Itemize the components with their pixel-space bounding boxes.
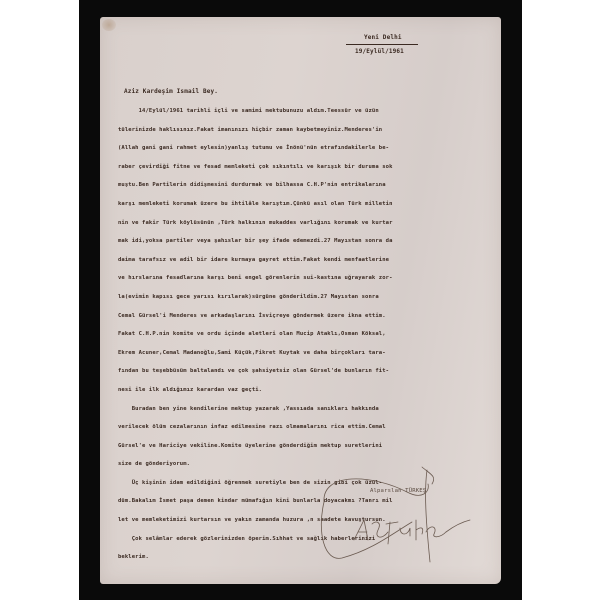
letter-line-text: mak idi,yoksa partiler veya şahıslar bir… <box>118 238 393 244</box>
letter-line: tülerinizde haklısınız.Fakat imanınızı h… <box>118 118 488 137</box>
letter-date: 19/Eylül/1961 <box>355 48 404 55</box>
letter-line-text: Fakat C.H.P.nin komite ve ordu içinde al… <box>118 331 386 337</box>
letter-line-text: fından bu teşebbüsüm baltalandı ve çok ş… <box>118 368 389 374</box>
letter-line-text: Buradan ben yine kendilerine mektup yaza… <box>118 406 379 412</box>
letter-place: Yeni Delhi <box>364 34 402 41</box>
letter-line: nesi ile ilk aldığımız karardan vaz geçt… <box>118 378 488 397</box>
letter-line-text: nin ve fakir Türk köylüsünün ,Türk halkı… <box>118 220 393 226</box>
letter-line: la(evimin kapısı gece yarısı kırılarak)s… <box>118 285 488 304</box>
letter-line: muştu.Ben Partilerin didişmesini durdurm… <box>118 173 488 192</box>
letter-line: Gürsel'e ve Hariciye vekiline.Komite üye… <box>118 434 488 453</box>
letter-line: daima tarafsız ve adil bir idare kurmaya… <box>118 248 488 267</box>
letter-line-text: tülerinizde haklısınız.Fakat imanınızı h… <box>118 127 382 133</box>
letter-line-text: karşı memleketi korumak üzere bu ihtilâl… <box>118 201 393 207</box>
letter-line-text: daima tarafsız ve adil bir idare kurmaya… <box>118 257 389 263</box>
salutation: Aziz Kardeşim Ismail Bey. <box>124 88 218 95</box>
letter-line: verilecek ölüm cezalarının infaz edilmes… <box>118 415 488 434</box>
header-underline <box>346 44 418 45</box>
letter-line-text: nesi ile ilk aldığımız karardan vaz geçt… <box>118 387 262 393</box>
letter-line-text: la(evimin kapısı gece yarısı kırılarak)s… <box>118 294 379 300</box>
letter-line-text: raber çevirdiği fitne ve fesad memleketi… <box>118 164 393 170</box>
signature-icon <box>312 462 492 572</box>
letter-line: Ekrem Acuner,Cemal Madanoğlu,Sami Küçük,… <box>118 341 488 360</box>
letter-line: Cemal Gürsel'i Menderes ve arkadaşlarını… <box>118 304 488 323</box>
letter-line: mak idi,yoksa partiler veya şahıslar bir… <box>118 229 488 248</box>
letter-line: raber çevirdiği fitne ve fesad memleketi… <box>118 155 488 174</box>
letter-paper: Yeni Delhi 19/Eylül/1961 Aziz Kardeşim I… <box>100 17 501 584</box>
letter-line: karşı memleketi korumak üzere bu ihtilâl… <box>118 192 488 211</box>
letter-line-text: muştu.Ben Partilerin didişmesini durdurm… <box>118 182 386 188</box>
paper-stain <box>102 19 116 31</box>
letter-line-text: beklerim. <box>118 554 149 560</box>
letter-line-text: verilecek ölüm cezalarının infaz edilmes… <box>118 424 386 430</box>
letter-line-text: Cemal Gürsel'i Menderes ve arkadaşlarını… <box>118 313 386 319</box>
letter-line: (Allah gani gani rahmet eylesin)yanlış t… <box>118 136 488 155</box>
letter-line-text: size de gönderiyorum. <box>118 461 190 467</box>
letter-line: fından bu teşebbüsüm baltalandı ve çok ş… <box>118 359 488 378</box>
letter-line: Buradan ben yine kendilerine mektup yaza… <box>118 397 488 416</box>
letter-line: 14/Eylül/1961 tarihli içli ve samimi mek… <box>118 99 488 118</box>
letter-line-text: 14/Eylül/1961 tarihli içli ve samimi mek… <box>118 108 379 114</box>
letter-line: Fakat C.H.P.nin komite ve ordu içinde al… <box>118 322 488 341</box>
letter-line-text: Gürsel'e ve Hariciye vekiline.Komite üye… <box>118 443 382 449</box>
letter-line: ve hırslarına fesadlarına karşı beni eng… <box>118 266 488 285</box>
letter-line-text: (Allah gani gani rahmet eylesin)yanlış t… <box>118 145 389 151</box>
letter-line-text: Ekrem Acuner,Cemal Madanoğlu,Sami Küçük,… <box>118 350 386 356</box>
letter-line-text: ve hırslarına fesadlarına karşı beni eng… <box>118 275 393 281</box>
letter-line: nin ve fakir Türk köylüsünün ,Türk halkı… <box>118 211 488 230</box>
